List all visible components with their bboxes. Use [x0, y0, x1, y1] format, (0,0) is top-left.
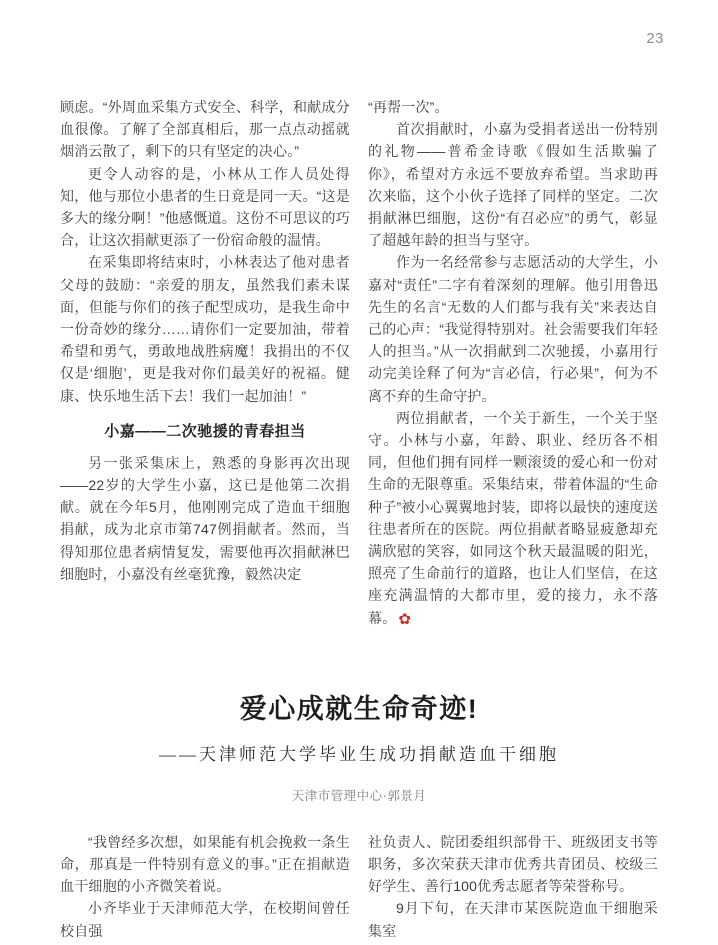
paragraph: 另一张采集床上，熟悉的身影再次出现——22岁的大学生小嘉，这已是他第二次捐献。就… — [60, 452, 350, 585]
page-number: 23 — [646, 30, 664, 47]
article1-left-paragraphs-before: 顾虑。“外周血采集方式安全、科学，和献成分血很像。了解了全部真相后，那一点点动摇… — [60, 96, 350, 407]
flower-icon: ✿ — [398, 611, 411, 628]
paragraph: 小齐毕业于天津师范大学，在校期间曾任校自强 — [60, 897, 350, 941]
article1-left-column: 顾虑。“外周血采集方式安全、科学，和献成分血很像。了解了全部真相后，那一点点动摇… — [60, 96, 350, 629]
article2-right-column: 社负责人、院团委组织部骨干、班级团支书等职务，多次荣获天津市优秀共青团员、校级三… — [368, 831, 658, 942]
paragraph: “再帮一次”。 — [368, 96, 658, 118]
article-tjnu-graduate: “我曾经多次想，如果能有机会挽救一条生命，那真是一件特别有意义的事。”正在捐献造… — [0, 831, 718, 942]
paragraph: 作为一名经常参与志愿活动的大学生，小嘉对“责任”二字有着深刻的理解。他引用鲁迅先… — [368, 251, 658, 406]
article1-right-column: “再帮一次”。首次捐献时，小嘉为受捐者送出一份特别的礼物——普希金诗歌《假如生活… — [368, 96, 658, 629]
article2-title: 爱心成就生命奇迹! — [0, 687, 718, 726]
paragraph: 9月下旬，在天津市某医院造血干细胞采集室 — [368, 897, 658, 941]
paragraph: 在采集即将结束时，小林表达了他对患者父母的鼓励：“亲爱的朋友，虽然我们素未谋面，… — [60, 251, 350, 406]
article2-byline: 天津市管理中心·郭景月 — [0, 786, 718, 804]
article-two-donors: 顾虑。“外周血采集方式安全、科学，和献成分血很像。了解了全部真相后，那一点点动摇… — [0, 96, 718, 629]
paragraph: 两位捐献者，一个关于新生，一个关于坚守。小林与小嘉，年龄、职业、经历各不相同，但… — [368, 407, 658, 629]
article1-left-paragraphs-after: 另一张采集床上，熟悉的身影再次出现——22岁的大学生小嘉，这已是他第二次捐献。就… — [60, 452, 350, 585]
paragraph: “我曾经多次想，如果能有机会挽救一条生命，那真是一件特别有意义的事。”正在捐献造… — [60, 831, 350, 898]
paragraph: 顾虑。“外周血采集方式安全、科学，和献成分血很像。了解了全部真相后，那一点点动摇… — [60, 96, 350, 163]
magazine-page: 23 顾虑。“外周血采集方式安全、科学，和献成分血很像。了解了全部真相后，那一点… — [0, 0, 718, 945]
article2-subtitle: ——天津师范大学毕业生成功捐献造血干细胞 — [0, 740, 718, 765]
paragraph: 更令人动容的是，小林从工作人员处得知，他与那位小患者的生日竟是同一天。“这是多大… — [60, 163, 350, 252]
paragraph: 社负责人、院团委组织部骨干、班级团支书等职务，多次荣获天津市优秀共青团员、校级三… — [368, 831, 658, 898]
section-heading: 小嘉——二次驰援的青春担当 — [60, 420, 350, 441]
paragraph: 首次捐献时，小嘉为受捐者送出一份特别的礼物——普希金诗歌《假如生活欺骗了你》，希… — [368, 118, 658, 251]
article2-left-column: “我曾经多次想，如果能有机会挽救一条生命，那真是一件特别有意义的事。”正在捐献造… — [60, 831, 350, 942]
article2-header: 爱心成就生命奇迹! ——天津师范大学毕业生成功捐献造血干细胞 天津市管理中心·郭… — [0, 687, 718, 804]
